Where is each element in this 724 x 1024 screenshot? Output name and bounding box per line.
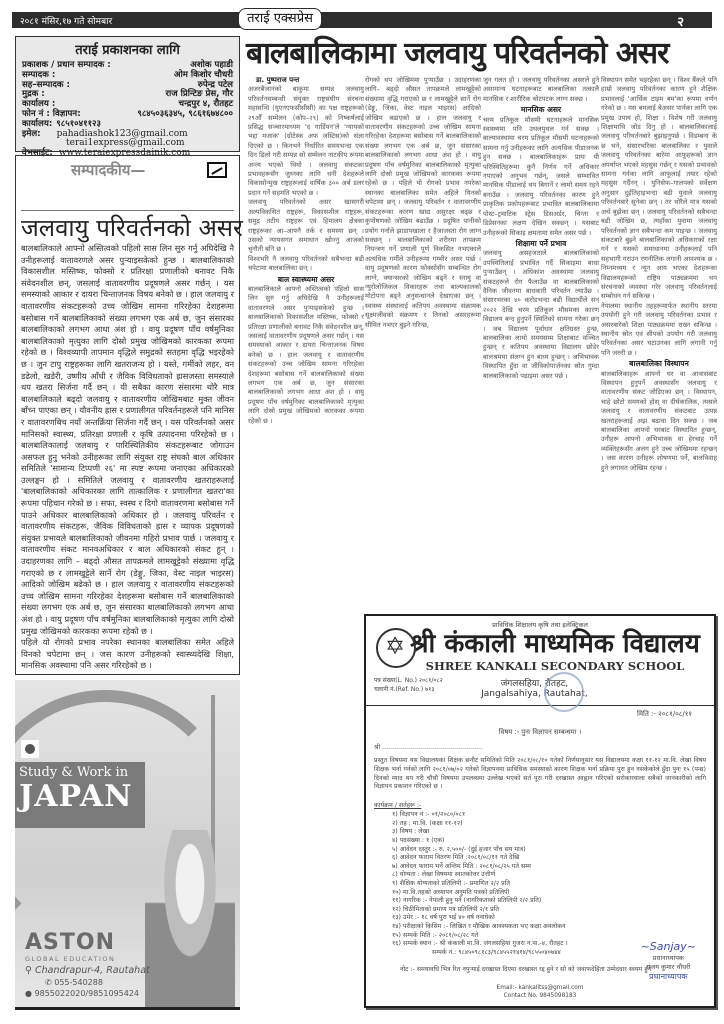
notice-top-line: प्राविधिक शिक्षालय कृषि तथा इलेक्ट्रिकल (374, 620, 706, 629)
ad-line1: Study & Work in (19, 765, 145, 780)
article-paragraph: जुन गलत हो । जलवायु परिवर्तनका असरले हुन… (483, 76, 599, 104)
notice-list-heading: कार्यक्रम / शर्तहरू :- (374, 800, 706, 809)
list-item: ९) शैक्षिक योग्यताको प्रतिलिपी :- प्रमाण… (392, 880, 706, 889)
editorial-box: सम्पादकीय— जलवायु परिवर्तनको असर बालबालि… (15, 155, 240, 675)
publisher-box-title: तराई प्रकाशनका लागि (22, 40, 233, 58)
notice-email: Email:- kankalitss@gmail.com (366, 985, 714, 993)
notice-meta-row: पत्र संख्या(L. No.) २०८१/०८२ चलानी नं.(R… (374, 676, 706, 699)
editorial-title: जलवायु परिवर्तनको असर (21, 213, 234, 243)
phone-icon: ✆ (45, 978, 54, 987)
list-item: ५) आवेदन दस्तुर :- रु. २,५००/- (दुई हजार… (392, 846, 706, 855)
mobile-icon: ● (25, 989, 35, 998)
list-item: २) तह : मा.वि. (कक्षा ११-१२) (392, 820, 706, 829)
article-column-1: डा. पुष्पराज पन्त अजरबैजानको बाकुमा सम्प… (248, 76, 364, 609)
article-byline: डा. पुष्पराज पन्त (248, 76, 364, 85)
notice-salutation: श्री ...................................… (374, 742, 706, 751)
article-paragraph: बालबालिकाले आफ्नो अस्तित्वको पहिलो सास ल… (248, 285, 364, 426)
page-header-bar: २०८१ मंसिर,१७ गते सोमबार तराई एक्सप्रेस … (12, 12, 712, 28)
publisher-box: तराई प्रकाशनका लागि प्रकाशक / प्रधान सम्… (15, 36, 240, 152)
article-paragraph: विश्वभरि नै जलवायु परिवर्तनको सबैभन्दा ब… (248, 255, 364, 274)
notice-date: मिति :- २०८१/०८/११ (374, 710, 706, 719)
notice-body: प्रस्तुत विषयमा यस विद्यालयका शिक्षक छनौ… (374, 757, 706, 792)
editorial-header: सम्पादकीय— (21, 156, 234, 211)
ad-headline-panel: Study & Work in JAPAN (15, 762, 145, 828)
ad-phone1-text: 055-540288 (54, 978, 103, 987)
page-number: २ (677, 12, 684, 30)
editorial-label: सम्पादकीय— (71, 160, 145, 180)
notice-refs: पत्र संख्या(L. No.) २०८१/०८२ चलानी नं.(R… (374, 676, 443, 699)
school-address-np: जंगलसहिया, रौतहट, (459, 676, 609, 689)
ad-brand-sub: GLOBAL EDUCATION (25, 955, 115, 963)
article-paragraph: रोगको थप जोखिममा पुऱ्याउँछ । उदाहरणका ला… (365, 76, 481, 330)
japan-flag-icon (21, 740, 39, 758)
school-notice: प्राविधिक शिक्षालय कृषि तथा इलेक्ट्रिकल … (364, 614, 716, 1008)
school-address: जंगलसहिया, रौतहट, Jangalsahiya, Rautahat… (459, 676, 609, 699)
article-paragraph: जलवायु असहजताले बालबालिकाको उपस्थितिलाई … (483, 249, 599, 381)
notice-contact: Contact No. 9845098183 (366, 993, 714, 1001)
article-paragraph: बालबालिकाहरू आफ्नो घर वा आवासबाट विस्थाप… (601, 370, 717, 473)
article-column-3: जुन गलत हो । जलवायु परिवर्तनका असरले हुन… (483, 76, 599, 609)
editorial-paragraph: बालबालिकाले आफ्नो अस्तित्वको पहिलो सास ल… (21, 243, 234, 637)
school-name-np: श्री कंकाली माध्यमिक विद्यालय (374, 629, 706, 659)
masthead: तराई एक्सप्रेस (238, 8, 322, 30)
spacer (626, 676, 706, 699)
article-paragraph: चरम प्रतिकूल मौसमी घटनाहरूले मानसिक स्वा… (483, 116, 599, 238)
list-item: ३) विषय : लेखा (392, 828, 706, 837)
list-item: १५) सम्पर्क मिति :- २०८१/०८/२८ गते (392, 932, 706, 941)
notice-subject: विषय :- पुनः विज्ञापन सम्बन्धमा । (374, 727, 706, 736)
list-item: ६) आवेदन फाराम वितरण मिति :२०८१/०८/११ गत… (392, 854, 706, 863)
school-address-en: Jangalsahiya, Rautahat, (459, 689, 609, 699)
list-item: १४) परीक्षाको किसिम :- लिखित र मौखिक आवश… (392, 923, 706, 932)
school-stamp-icon (544, 672, 584, 712)
signer-title: प्रधानाध्यापक (641, 953, 696, 962)
location-pin-icon: ⚲ (25, 965, 35, 976)
article-subheading: मानसिक असर (483, 105, 599, 114)
article-column-2: रोगको थप जोखिममा पुऱ्याउँछ । उदाहरणका ला… (365, 76, 481, 609)
article-paragraph: अजरबैजानको बाकुमा सम्पन्न जलवायु परिवर्त… (248, 85, 364, 198)
list-item: ४) पदसंख्या : १ (एक) (392, 837, 706, 846)
list-item: १०) मा.वि.तहको अध्यापन अनुमति पत्रको प्र… (392, 889, 706, 898)
editorial-body: बालबालिकाले आफ्नो अस्तित्वको पहिलो सास ल… (21, 243, 234, 672)
ad-address-text: Chandrapur-4, Rautahat (35, 965, 150, 976)
notice-conditions-list: १) विज्ञापन नं :- ०१/२०८०/०८१ २) तह : मा… (374, 811, 706, 957)
list-item: ११) नागरिक :- नेपाली हुनु पर्ने (नागरिकत… (392, 897, 706, 906)
student-photo (145, 830, 235, 1010)
article-subheading: बालबालिका विस्थापन (601, 359, 717, 368)
publisher-row: फोन नं : विज्ञापन:९८४५०३६३४५, ९८६१६७४८०० (22, 110, 233, 120)
school-logo-icon (376, 628, 416, 668)
article-subheading: बाल स्वास्थ्यमा असर (248, 275, 364, 284)
school-name-en: SHREE KANKALI SECONDARY SCHOOL (374, 659, 706, 673)
article-paragraph: नेपालमा स्थानीय तहहरूमार्फत स्थानीय स्तर… (601, 302, 717, 358)
article-paragraph: जलवायु परिवर्तनको असर खासगरी अल्पविकसित … (248, 198, 364, 254)
row-value: ९८४५०३६३४५, ९८६१६७४८०० (137, 110, 233, 120)
study-japan-ad[interactable]: Study & Work in JAPAN ASTON GLOBAL EDUCA… (15, 680, 240, 1010)
signer-name: संजय कुमार चौधरी (641, 962, 696, 971)
letter-number: पत्र संख्या(L. No.) २०८१/०८२ (374, 676, 443, 685)
article-headline: बालबालिकामा जलवायु परिवर्तनको असर (246, 36, 716, 72)
divider (366, 705, 714, 706)
article-paragraph: विस्थापन समेत भइरहेका छन् । विश्व बैंकले… (601, 76, 717, 302)
article-subheading: शिक्षामा पर्ने प्रभाव (483, 239, 599, 248)
ad-brand-logo: ASTON (25, 930, 115, 955)
ad-address: ⚲ Chandrapur-4, Rautahat (25, 965, 150, 976)
ad-phone2: ● 9855022020/9851095424 (25, 989, 139, 998)
list-item: १३) उमेर :- १८ वर्ष पुरा भई ४० वर्ष ननाघ… (392, 914, 706, 923)
ad-line2: JAPAN (19, 780, 145, 814)
signature: ~Sanjay~ (641, 940, 696, 953)
email-label: इमेल: (22, 130, 41, 140)
issue-date: २०८१ मंसिर,१७ गते सोमबार (20, 14, 112, 27)
editorial-paragraph: पहिले यो रोगको प्रभाव नपरेका स्थानका बाल… (21, 637, 234, 672)
ad-phone2-text: 9855022020/9851095424 (35, 989, 140, 998)
article-column-4: विस्थापन समेत भइरहेका छन् । विश्व बैंकले… (601, 76, 717, 609)
signer-stamp: प्रधानाध्यापक (641, 971, 696, 982)
ad-phone1: ✆ 055-540288 (45, 978, 103, 987)
list-item: १) विज्ञापन नं :- ०१/२०८०/०८१ (392, 811, 706, 820)
list-item: ८) योग्यता : लेखा विषयमा स्नातकोत्तर उत्… (392, 871, 706, 880)
signature-block: ~Sanjay~ प्रधानाध्यापक संजय कुमार चौधरी … (641, 940, 696, 982)
pen-icon (207, 162, 227, 178)
reference-number: चलानी नं.(Ref. No.) ७१३ (374, 685, 443, 694)
notice-footer: Email:- kankalitss@gmail.com Contact No.… (366, 985, 714, 1000)
